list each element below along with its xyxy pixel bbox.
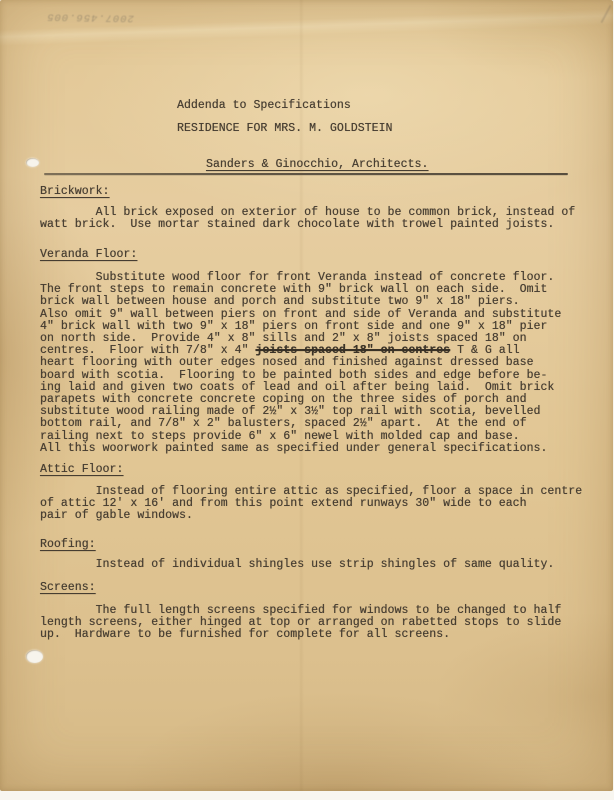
paper-sheet: 2007.456.005 Addenda to Specifications R… <box>0 0 613 791</box>
scanned-page-background: 2007.456.005 Addenda to Specifications R… <box>0 0 614 800</box>
paper-hole <box>26 158 39 167</box>
pencil-accession-annotation: 2007.456.005 <box>34 10 134 24</box>
section-body-attic-floor: Instead of flooring entire attic as spec… <box>40 486 582 523</box>
architects-name: Sanders & Ginocchio, Architects. <box>206 159 428 171</box>
section-heading-roofing: Roofing: <box>40 539 96 551</box>
document-subtitle: RESIDENCE FOR MRS. M. GOLDSTEIN <box>177 123 393 135</box>
section-heading-veranda-floor: Veranda Floor: <box>40 249 137 261</box>
section-body-roofing: Instead of individual shingles use strip… <box>40 559 554 571</box>
document-title: Addenda to Specifications <box>177 100 351 112</box>
pencil-mark <box>600 5 611 24</box>
section-heading-attic-floor: Attic Floor: <box>40 464 123 476</box>
section-heading-brickwork: Brickwork: <box>40 186 110 198</box>
paper-hole <box>26 650 43 663</box>
horizontal-rule <box>44 173 568 175</box>
section-body-screens: The full length screens specified for wi… <box>40 605 561 642</box>
struck-out-text: joists spaced 18" on centres <box>256 344 451 357</box>
section-heading-screens: Screens: <box>40 582 96 594</box>
section-body-brickwork: All brick exposed on exterior of house t… <box>40 207 575 231</box>
veranda-text-after-strike: T & G all heart flooring with outer edge… <box>40 344 554 455</box>
section-body-veranda-floor: Substitute wood floor for front Veranda … <box>40 272 561 455</box>
